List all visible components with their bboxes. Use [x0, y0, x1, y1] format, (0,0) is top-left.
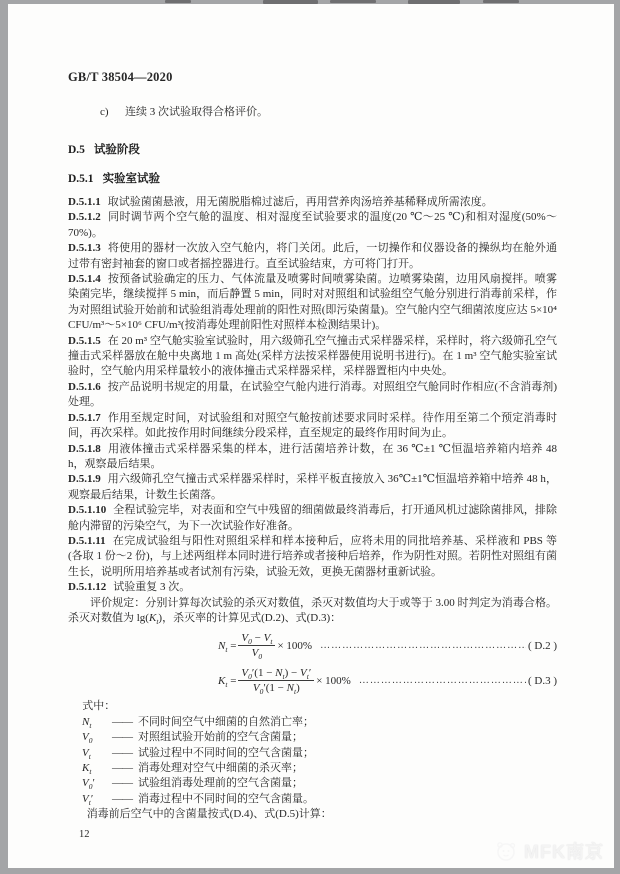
clause-d5-1-2: D.5.1.2同时调节两个空气舱的温度、相对湿度至试验要求的温度(20 ℃～25…: [68, 210, 557, 241]
clause-id: D.5.1.1: [68, 196, 101, 208]
watermark: MFK南京: [494, 838, 604, 864]
list-item-c: c)连续 3 次试验取得合格评价。: [68, 105, 557, 120]
evaluation-paragraph: 评价规定：分别计算每次试验的杀灭对数值，杀灭对数值均大于或等于 3.00 时判定…: [68, 596, 557, 627]
eval-text: )，杀灭率的计算见式(D.2)、式(D.3)：: [158, 612, 341, 624]
clause-id: D.5.1.9: [68, 473, 101, 485]
definition-dash: ——: [112, 793, 132, 805]
definition-text: 对照组试验开始前的空气含菌量；: [138, 731, 303, 743]
fraction-denominator: V0′(1 − Nt): [238, 680, 314, 694]
scan-artifact: [483, 0, 519, 3]
clause-text: 按预备试验确定的压力、气体流量及喷雾时间喷雾染菌。边喷雾染菌，边用风扇搅拌。喷雾…: [68, 273, 557, 331]
mfk-logo-icon: [494, 839, 518, 863]
definition-text: 消毒处理对空气中细菌的杀灭率；: [138, 762, 303, 774]
list-item-text: 连续 3 次试验取得合格评价。: [125, 106, 268, 118]
clause-id: D.5.1.4: [68, 273, 101, 285]
clause-id: D.5.1.2: [68, 211, 101, 223]
definition-text: 消毒过程中不同时间的空气含菌量。: [138, 793, 314, 805]
definition-text: 不同时间空气中细菌的自然消亡率；: [138, 716, 314, 728]
symbol-definitions: Nt——不同时间空气中细菌的自然消亡率； V0——对照组试验开始前的空气含菌量；…: [68, 715, 557, 807]
clause-d5-1-12: D.5.1.12试验重复 3 次。: [68, 580, 557, 595]
fraction-numerator: V0′(1 − Nt) − Vt′: [238, 667, 314, 680]
clause-text: 在完成试验组与阳性对照组采样和样本接种后，应将未用的同批培养基、采样液和 PBS…: [68, 535, 557, 578]
dotted-leader: …………………………………………………………: [359, 675, 526, 686]
definition-dash: ——: [112, 747, 132, 759]
definition-symbol: V0: [82, 730, 112, 745]
definition-dash: ——: [112, 777, 132, 789]
scan-artifact: [165, 0, 191, 3]
section-title: 实验室试验: [103, 173, 161, 185]
where-label: 式中：: [68, 699, 557, 714]
definition-dash: ——: [112, 762, 132, 774]
formula-tail: × 100%: [277, 640, 312, 652]
clause-d5-1-9: D.5.1.9用六级筛孔空气撞击式采样器采样时，采样平板直接放入 36℃±1℃恒…: [68, 472, 557, 503]
definition-symbol: Vt: [82, 746, 112, 761]
definition-row: V0——对照组试验开始前的空气含菌量；: [82, 730, 557, 745]
definition-row: Vt′——消毒过程中不同时间的空气含菌量。: [82, 792, 557, 807]
list-item-marker: c): [100, 105, 125, 120]
clause-text: 作用至规定时间，对试验组和对照空气舱按前述要求同时采样。待作用至第二个预定消毒时…: [68, 412, 557, 439]
definition-symbol: Vt′: [82, 792, 112, 807]
watermark-text: MFK南京: [524, 838, 604, 864]
definition-row: Nt——不同时间空气中细菌的自然消亡率；: [82, 715, 557, 730]
clause-id: D.5.1.12: [68, 581, 106, 593]
fraction-denominator: V0: [238, 645, 275, 659]
formula-d3: Kt = V0′(1 − Nt) − Vt′V0′(1 − Nt) × 100%…: [68, 665, 557, 696]
clause-d5-1-4: D.5.1.4按预备试验确定的压力、气体流量及喷雾时间喷雾染菌。边喷雾染菌，边用…: [68, 272, 557, 334]
formula-label: ( D.3 ): [526, 675, 557, 687]
formula-tail: × 100%: [316, 675, 351, 687]
clause-list: D.5.1.1取试验菌菌悬液，用无菌脱脂棉过滤后，再用营养肉汤培养基稀释成所需浓…: [68, 195, 557, 626]
clause-text: 将使用的器材一次放入空气舱内，将门关闭。此后，一切操作和仪器设备的操纵均在舱外通…: [68, 242, 557, 269]
document-page: GB/T 38504—2020 c)连续 3 次试验取得合格评价。 D.5试验阶…: [8, 4, 614, 868]
fraction: V0 − VtV0: [238, 632, 275, 659]
definition-text: 试验组消毒处理前的空气含菌量；: [138, 777, 303, 789]
standard-number: GB/T 38504—2020: [68, 70, 557, 85]
clause-d5-1-5: D.5.1.5在 20 m³ 空气舱实验室试验时，用六级筛孔空气撞击式采样器采样…: [68, 334, 557, 380]
clause-text: 取试验菌菌悬液，用无菌脱脂棉过滤后，再用营养肉汤培养基稀释成所需浓度。: [108, 196, 493, 208]
clause-d5-1-6: D.5.1.6按产品说明书规定的用量，在试验空气舱内进行消毒。对照组空气舱同时作…: [68, 380, 557, 411]
clause-id: D.5.1.11: [68, 535, 106, 547]
clause-text: 按产品说明书规定的用量，在试验空气舱内进行消毒。对照组空气舱同时作相应(不含消毒…: [68, 381, 557, 408]
formula-lhs: Kt =: [218, 675, 236, 687]
clause-text: 全程试验完毕，对表面和空气中残留的细菌做最终消毒后，打开通风机过滤除菌排风，排除…: [68, 504, 557, 531]
formula-label: ( D.2 ): [526, 640, 557, 652]
clause-text: 同时调节两个空气舱的温度、相对湿度至试验要求的温度(20 ℃～25 ℃)和相对湿…: [68, 211, 557, 238]
clause-id: D.5.1.6: [68, 381, 101, 393]
clause-id: D.5.1.7: [68, 412, 101, 424]
page-number: 12: [79, 829, 557, 840]
section-id: D.5: [68, 144, 85, 156]
clause-d5-1-3: D.5.1.3将使用的器材一次放入空气舱内，将门关闭。此后，一切操作和仪器设备的…: [68, 241, 557, 272]
definition-row: Vt——试验过程中不同时间的空气含菌量；: [82, 746, 557, 761]
definition-row: V0′——试验组消毒处理前的空气含菌量；: [82, 776, 557, 791]
definition-dash: ——: [112, 716, 132, 728]
section-id: D.5.1: [68, 173, 94, 185]
clause-id: D.5.1.8: [68, 443, 101, 455]
clause-d5-1-8: D.5.1.8用液体撞击式采样器采集的样本，进行活菌培养计数，在 36 ℃±1 …: [68, 442, 557, 473]
formula-d2: Nt = V0 − VtV0 × 100% …………………………………………………: [68, 630, 557, 661]
clause-text: 用液体撞击式采样器采集的样本，进行活菌培养计数，在 36 ℃±1 ℃恒温培养箱内…: [68, 443, 557, 470]
definition-row: Kt——消毒处理对空气中细菌的杀灭率；: [82, 761, 557, 776]
variable-k: Kt: [149, 612, 158, 624]
clause-d5-1-1: D.5.1.1取试验菌菌悬液，用无菌脱脂棉过滤后，再用营养肉汤培养基稀释成所需浓…: [68, 195, 557, 210]
formula-lhs: Nt =: [218, 640, 236, 652]
definition-text: 试验过程中不同时间的空气含菌量；: [138, 747, 314, 759]
clause-d5-1-11: D.5.1.11在完成试验组与阳性对照组采样和样本接种后，应将未用的同批培养基、…: [68, 534, 557, 580]
section-heading-d51: D.5.1实验室试验: [68, 172, 557, 187]
section-heading-d5: D.5试验阶段: [68, 143, 557, 158]
clause-text: 在 20 m³ 空气舱实验室试验时，用六级筛孔空气撞击式采样器采样，采样时，将六…: [68, 335, 557, 378]
fraction: V0′(1 − Nt) − Vt′V0′(1 − Nt): [238, 667, 314, 694]
clause-id: D.5.1.10: [68, 504, 106, 516]
clause-d5-1-7: D.5.1.7作用至规定时间，对试验组和对照空气舱按前述要求同时采样。待作用至第…: [68, 411, 557, 442]
clause-text: 试验重复 3 次。: [113, 581, 190, 593]
definition-symbol: Kt: [82, 761, 112, 776]
dotted-leader: …………………………………………………………: [320, 640, 526, 651]
clause-id: D.5.1.5: [68, 335, 101, 347]
scan-artifact: [330, 0, 376, 3]
definition-symbol: Nt: [82, 715, 112, 730]
clause-d5-1-10: D.5.1.10全程试验完毕，对表面和空气中残留的细菌做最终消毒后，打开通风机过…: [68, 503, 557, 534]
closing-sentence: 消毒前后空气中的含菌量按式(D.4)、式(D.5)计算：: [68, 807, 557, 822]
clause-text: 用六级筛孔空气撞击式采样器采样时，采样平板直接放入 36℃±1℃恒温培养箱中培养…: [68, 473, 557, 500]
fraction-numerator: V0 − Vt: [238, 632, 275, 645]
clause-id: D.5.1.3: [68, 242, 101, 254]
screenshot-root: { "page": { "header": "GB/T 38504—2020",…: [0, 0, 620, 874]
definition-dash: ——: [112, 731, 132, 743]
definition-symbol: V0′: [82, 776, 112, 791]
section-title: 试验阶段: [94, 144, 140, 156]
